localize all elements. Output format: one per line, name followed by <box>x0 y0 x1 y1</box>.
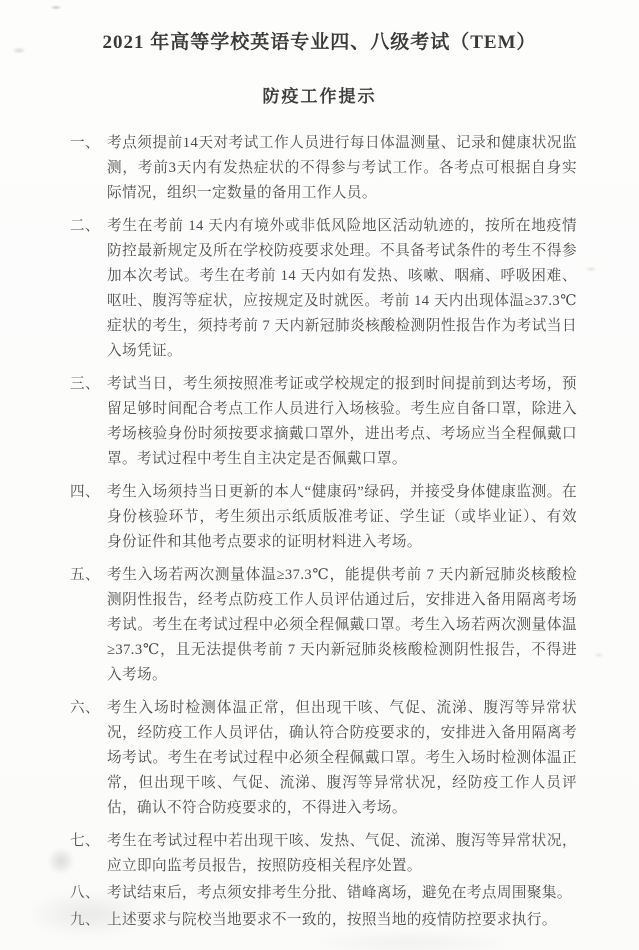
item-text: 考试当日，考生须按照准考证或学校规定的报到时间提前到达考场，预留足够时间配合考点… <box>107 372 577 472</box>
scan-smudge <box>585 266 597 272</box>
scan-smudge <box>50 5 62 10</box>
notice-item-9: 九、 上述要求与院校当地要求不一致的，按照当地的疫情防控要求执行。 <box>70 908 577 933</box>
item-number: 五、 <box>70 563 107 588</box>
notice-list: 一、 考点须提前14天对考试工作人员进行每日体温测量、记录和健康状况监测，考前3… <box>70 131 577 933</box>
item-number: 一、 <box>70 131 107 156</box>
item-number: 九、 <box>70 908 107 933</box>
notice-item-3: 三、 考试当日，考生须按照准考证或学校规定的报到时间提前到达考场，预留足够时间配… <box>70 372 577 472</box>
item-text: 考生入场时检测体温正常，但出现干咳、气促、流涕、腹泻等异常状况，经防疫工作人员评… <box>107 696 577 821</box>
notice-item-1: 一、 考点须提前14天对考试工作人员进行每日体温测量、记录和健康状况监测，考前3… <box>70 131 577 206</box>
item-text: 考生入场须持当日更新的本人“健康码”绿码，并接受身体健康监测。在身份核验环节，考… <box>107 480 577 555</box>
document-subtitle: 防疫工作提示 <box>20 85 619 109</box>
item-number: 二、 <box>70 214 107 239</box>
item-number: 八、 <box>70 881 107 906</box>
item-number: 四、 <box>70 480 107 505</box>
notice-item-8: 八、 考试结束后，考点须安排考生分批、错峰离场，避免在考点周围聚集。 <box>70 881 577 906</box>
notice-item-5: 五、 考生入场若两次测量体温≥37.3℃，能提供考前 7 天内新冠肺炎核酸检测阴… <box>70 563 577 688</box>
document-page: 2021 年高等学校英语专业四、八级考试（TEM） 防疫工作提示 一、 考点须提… <box>0 0 639 950</box>
document-title: 2021 年高等学校英语专业四、八级考试（TEM） <box>20 30 619 56</box>
item-text: 考点须提前14天对考试工作人员进行每日体温测量、记录和健康状况监测，考前3天内有… <box>107 131 577 206</box>
scan-smudge <box>300 930 520 950</box>
notice-item-6: 六、 考生入场时检测体温正常，但出现干咳、气促、流涕、腹泻等异常状况，经防疫工作… <box>70 696 577 821</box>
item-text: 上述要求与院校当地要求不一致的，按照当地的疫情防控要求执行。 <box>107 908 577 933</box>
notice-item-2: 二、 考生在考前 14 天内有境外或非低风险地区活动轨迹的，按所在地疫情防控最新… <box>70 214 577 364</box>
item-text: 考试结束后，考点须安排考生分批、错峰离场，避免在考点周围聚集。 <box>107 881 577 906</box>
item-text: 考生在考试过程中若出现干咳、发热、气促、流涕、腹泻等异常状况，应立即向监考员报告… <box>107 829 577 879</box>
item-number: 三、 <box>70 372 107 397</box>
item-number: 六、 <box>70 696 107 721</box>
scan-smudge <box>594 652 604 658</box>
item-text: 考生入场若两次测量体温≥37.3℃，能提供考前 7 天内新冠肺炎核酸检测阴性报告… <box>107 563 577 688</box>
notice-item-4: 四、 考生入场须持当日更新的本人“健康码”绿码，并接受身体健康监测。在身份核验环… <box>70 480 577 555</box>
notice-item-7: 七、 考生在考试过程中若出现干咳、发热、气促、流涕、腹泻等异常状况，应立即向监考… <box>70 829 577 879</box>
item-text: 考生在考前 14 天内有境外或非低风险地区活动轨迹的，按所在地疫情防控最新规定及… <box>107 214 577 364</box>
item-number: 七、 <box>70 829 107 854</box>
